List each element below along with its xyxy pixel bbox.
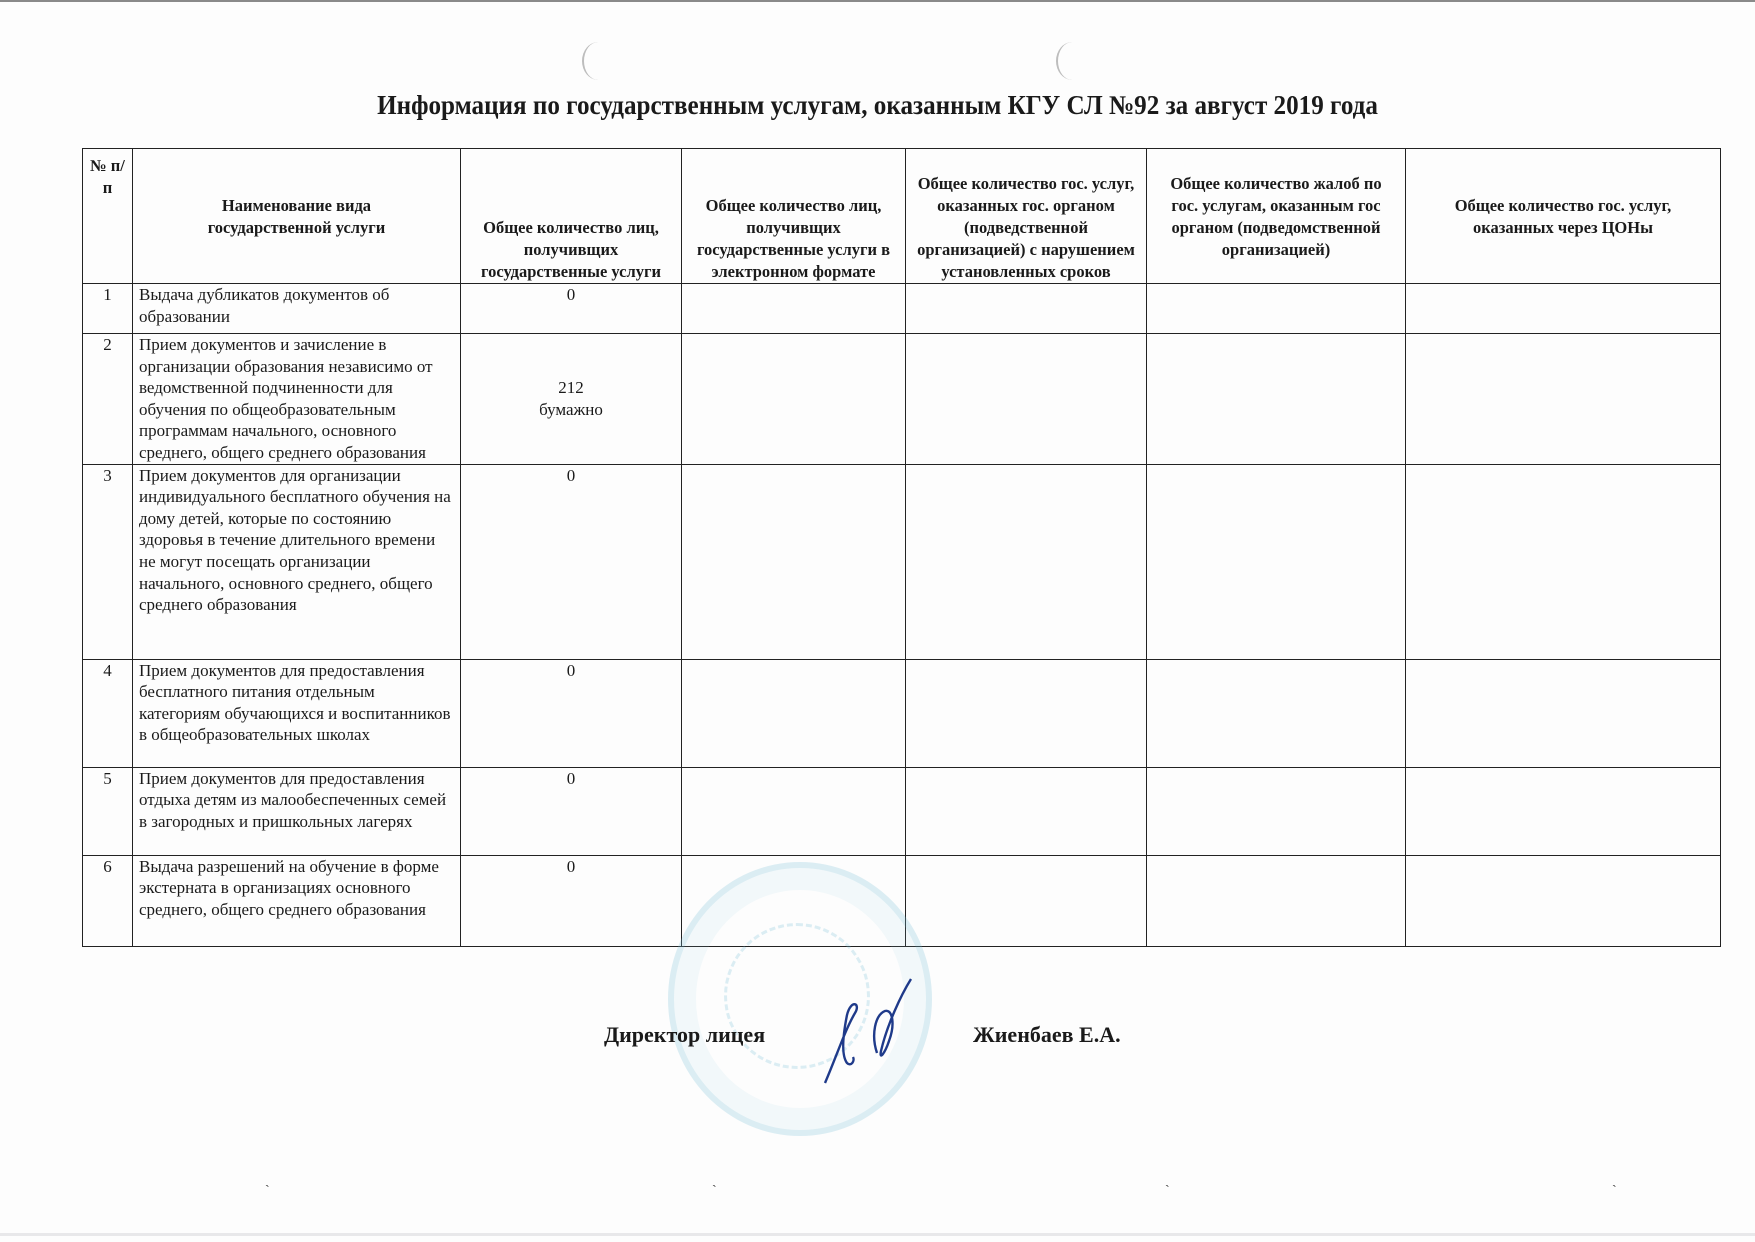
- tson-services-count: [1406, 767, 1721, 855]
- violations-count: [906, 767, 1147, 855]
- handwritten-signature: [815, 975, 925, 1090]
- tson-services-count: [1406, 334, 1721, 465]
- complaints-count: [1147, 284, 1406, 334]
- electronic-recipients: [682, 284, 906, 334]
- service-name: Прием документов и зачисление в организа…: [133, 334, 461, 465]
- total-value: 0: [467, 284, 675, 306]
- violations-count: [906, 464, 1147, 659]
- table-row: 5Прием документов для предоставления отд…: [83, 767, 1721, 855]
- signatory-role: Директор лицея: [604, 1022, 765, 1048]
- document-title: Информация по государственным услугам, о…: [61, 90, 1693, 121]
- violations-count: [906, 284, 1147, 334]
- row-number: 3: [83, 464, 133, 659]
- total-recipients: 0: [461, 767, 682, 855]
- header-number: № п/п: [83, 149, 133, 284]
- complaints-count: [1147, 855, 1406, 946]
- tson-services-count: [1406, 659, 1721, 767]
- scan-bottom-edge: [0, 1233, 1755, 1236]
- header-tson-services: Общее количество гос. услуг, оказанных ч…: [1406, 149, 1721, 284]
- table-row: 1Выдача дубликатов документов об образов…: [83, 284, 1721, 334]
- total-value: 0: [467, 768, 675, 790]
- total-recipients: 0: [461, 659, 682, 767]
- row-number: 4: [83, 659, 133, 767]
- service-name: Прием документов для предоставления бесп…: [133, 659, 461, 767]
- service-name: Выдача дубликатов документов об образова…: [133, 284, 461, 334]
- complaints-count: [1147, 659, 1406, 767]
- table-row: 2Прием документов и зачисление в организ…: [83, 334, 1721, 465]
- total-value: 212: [467, 377, 675, 399]
- row-number: 6: [83, 855, 133, 946]
- header-service-name: Наименование вида государственной услуги: [133, 149, 461, 284]
- table-header-row: № п/п Наименование вида государственной …: [83, 149, 1721, 284]
- header-electronic-recipients: Общее количество лиц, получивщих государ…: [682, 149, 906, 284]
- total-recipients: 0: [461, 464, 682, 659]
- services-table: № п/п Наименование вида государственной …: [82, 148, 1721, 947]
- tson-services-count: [1406, 855, 1721, 946]
- header-complaints: Общее количество жалоб по гос. услугам, …: [1147, 149, 1406, 284]
- complaints-count: [1147, 767, 1406, 855]
- punch-hole-mark: [1056, 42, 1088, 80]
- total-value: 0: [467, 856, 675, 878]
- violations-count: [906, 855, 1147, 946]
- complaints-count: [1147, 464, 1406, 659]
- electronic-recipients: [682, 659, 906, 767]
- total-recipients: 0: [461, 855, 682, 946]
- scan-mark: ˏ: [1165, 1173, 1170, 1189]
- tson-services-count: [1406, 284, 1721, 334]
- header-total-recipients: Общее количество лиц, получивщих государ…: [461, 149, 682, 284]
- service-name: Прием документов для организации индивид…: [133, 464, 461, 659]
- service-name: Прием документов для предоставления отды…: [133, 767, 461, 855]
- table-row: 4Прием документов для предоставления бес…: [83, 659, 1721, 767]
- tson-services-count: [1406, 464, 1721, 659]
- violations-count: [906, 334, 1147, 465]
- complaints-count: [1147, 334, 1406, 465]
- row-number: 2: [83, 334, 133, 465]
- row-number: 1: [83, 284, 133, 334]
- total-recipients: 212бумажно: [461, 334, 682, 465]
- electronic-recipients: [682, 334, 906, 465]
- total-value: 0: [467, 660, 675, 682]
- violations-count: [906, 659, 1147, 767]
- total-value: 0: [467, 465, 675, 487]
- electronic-recipients: [682, 464, 906, 659]
- table-row: 3Прием документов для организации индиви…: [83, 464, 1721, 659]
- scan-mark: ˏ: [1612, 1173, 1617, 1189]
- signatory-name: Жиенбаев Е.А.: [973, 1022, 1121, 1048]
- punch-hole-mark: [582, 42, 614, 80]
- total-recipients: 0: [461, 284, 682, 334]
- electronic-recipients: [682, 767, 906, 855]
- scan-mark: ˏ: [265, 1173, 270, 1189]
- scan-mark: ˏ: [712, 1173, 717, 1189]
- service-name: Выдача разрешений на обучение в форме эк…: [133, 855, 461, 946]
- header-violations: Общее количество гос. услуг, оказанных г…: [906, 149, 1147, 284]
- total-note: бумажно: [467, 399, 675, 421]
- scan-top-edge: [0, 0, 1755, 2]
- row-number: 5: [83, 767, 133, 855]
